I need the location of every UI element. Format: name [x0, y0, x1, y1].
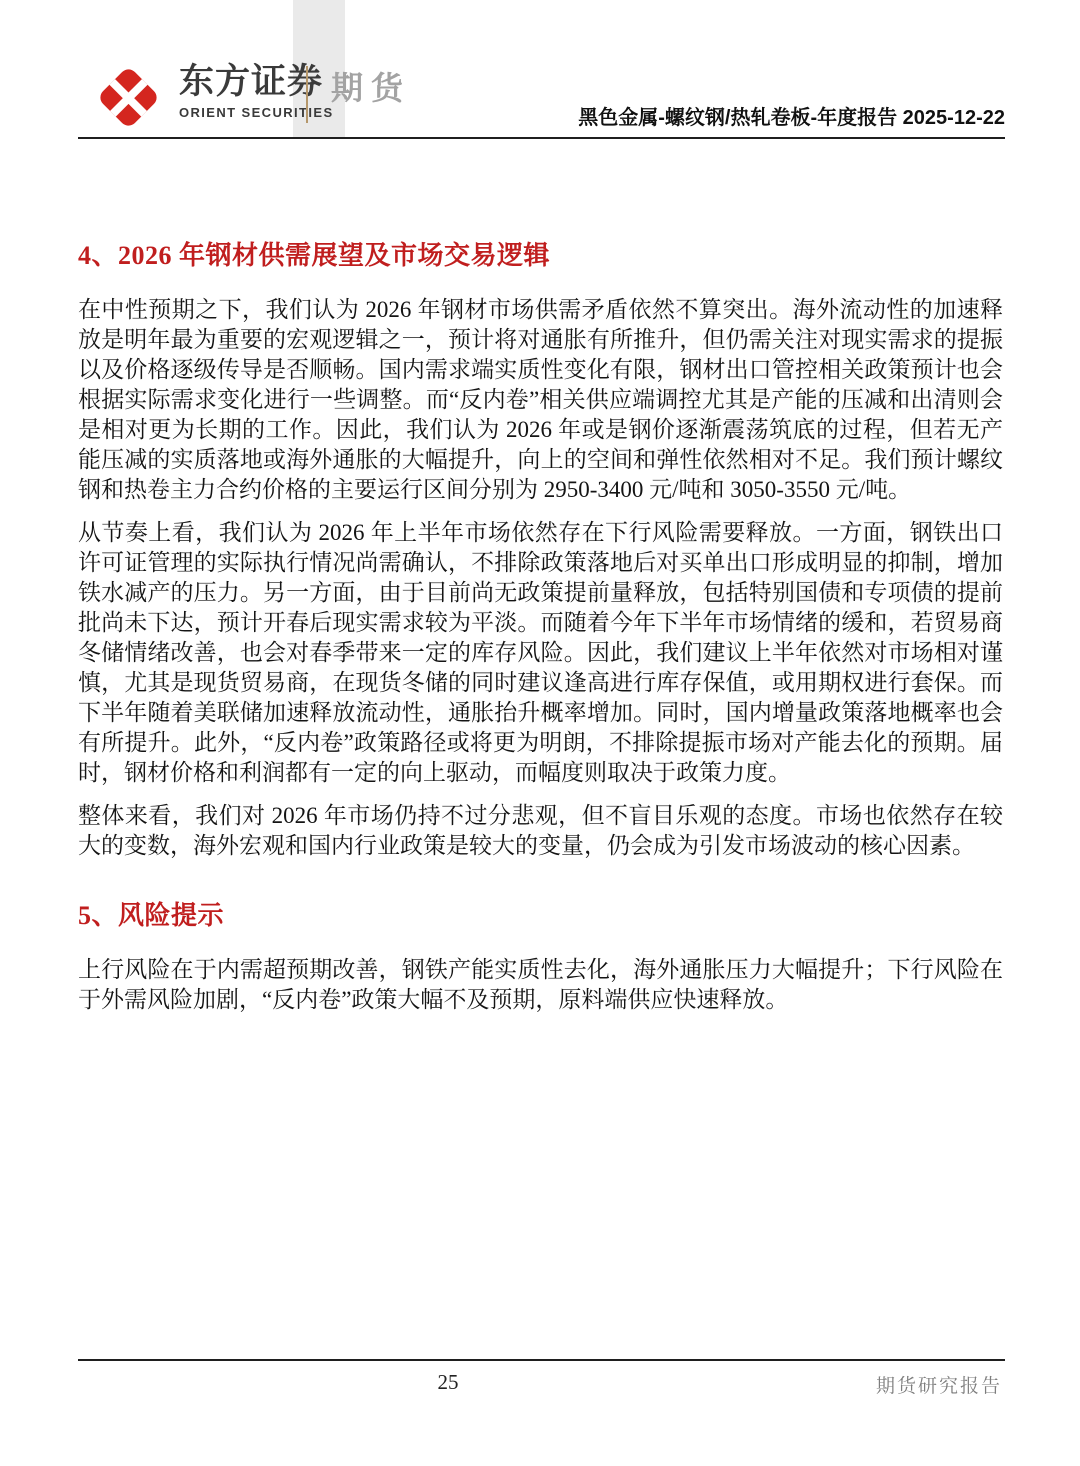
body-paragraph: 整体来看，我们对 2026 年市场仍持不过分悲观，但不盲目乐观的态度。市场也依然… [78, 801, 1003, 861]
brand-name-en: ORIENT SECURITIES [179, 105, 334, 120]
brand-text-block: 东方证券 ORIENT SECURITIES [179, 62, 334, 120]
body-paragraph: 在中性预期之下，我们认为 2026 年钢材市场供需矛盾依然不算突出。海外流动性的… [78, 295, 1003, 505]
brand-name-cn: 东方证券 [179, 62, 334, 102]
section-heading-4: 4、2026 年钢材供需展望及市场交易逻辑 [78, 241, 1003, 271]
body-paragraph: 上行风险在于内需超预期改善，钢铁产能实质性去化，海外通胀压力大幅提升；下行风险在… [78, 955, 1003, 1015]
header-divider [306, 66, 308, 123]
body-paragraph: 从节奏上看，我们认为 2026 年上半年市场依然存在下行风险需要释放。一方面，钢… [78, 518, 1003, 788]
report-title: 黑色金属-螺纹钢/热轧卷板-年度报告 2025-12-22 [578, 101, 1005, 130]
report-type-label: 期货研究报告 [876, 1371, 1002, 1398]
footer-rule [78, 1359, 1005, 1361]
section-heading-5: 5、风险提示 [78, 901, 1003, 931]
page-number: 25 [438, 1370, 459, 1395]
division-label: 期货 [331, 68, 411, 108]
report-page: 东方证券 ORIENT SECURITIES 期货 黑色金属-螺纹钢/热轧卷板-… [0, 0, 1080, 1466]
report-body: 4、2026 年钢材供需展望及市场交易逻辑 在中性预期之下，我们认为 2026 … [78, 139, 1003, 1015]
brand-logo-icon [97, 66, 161, 130]
